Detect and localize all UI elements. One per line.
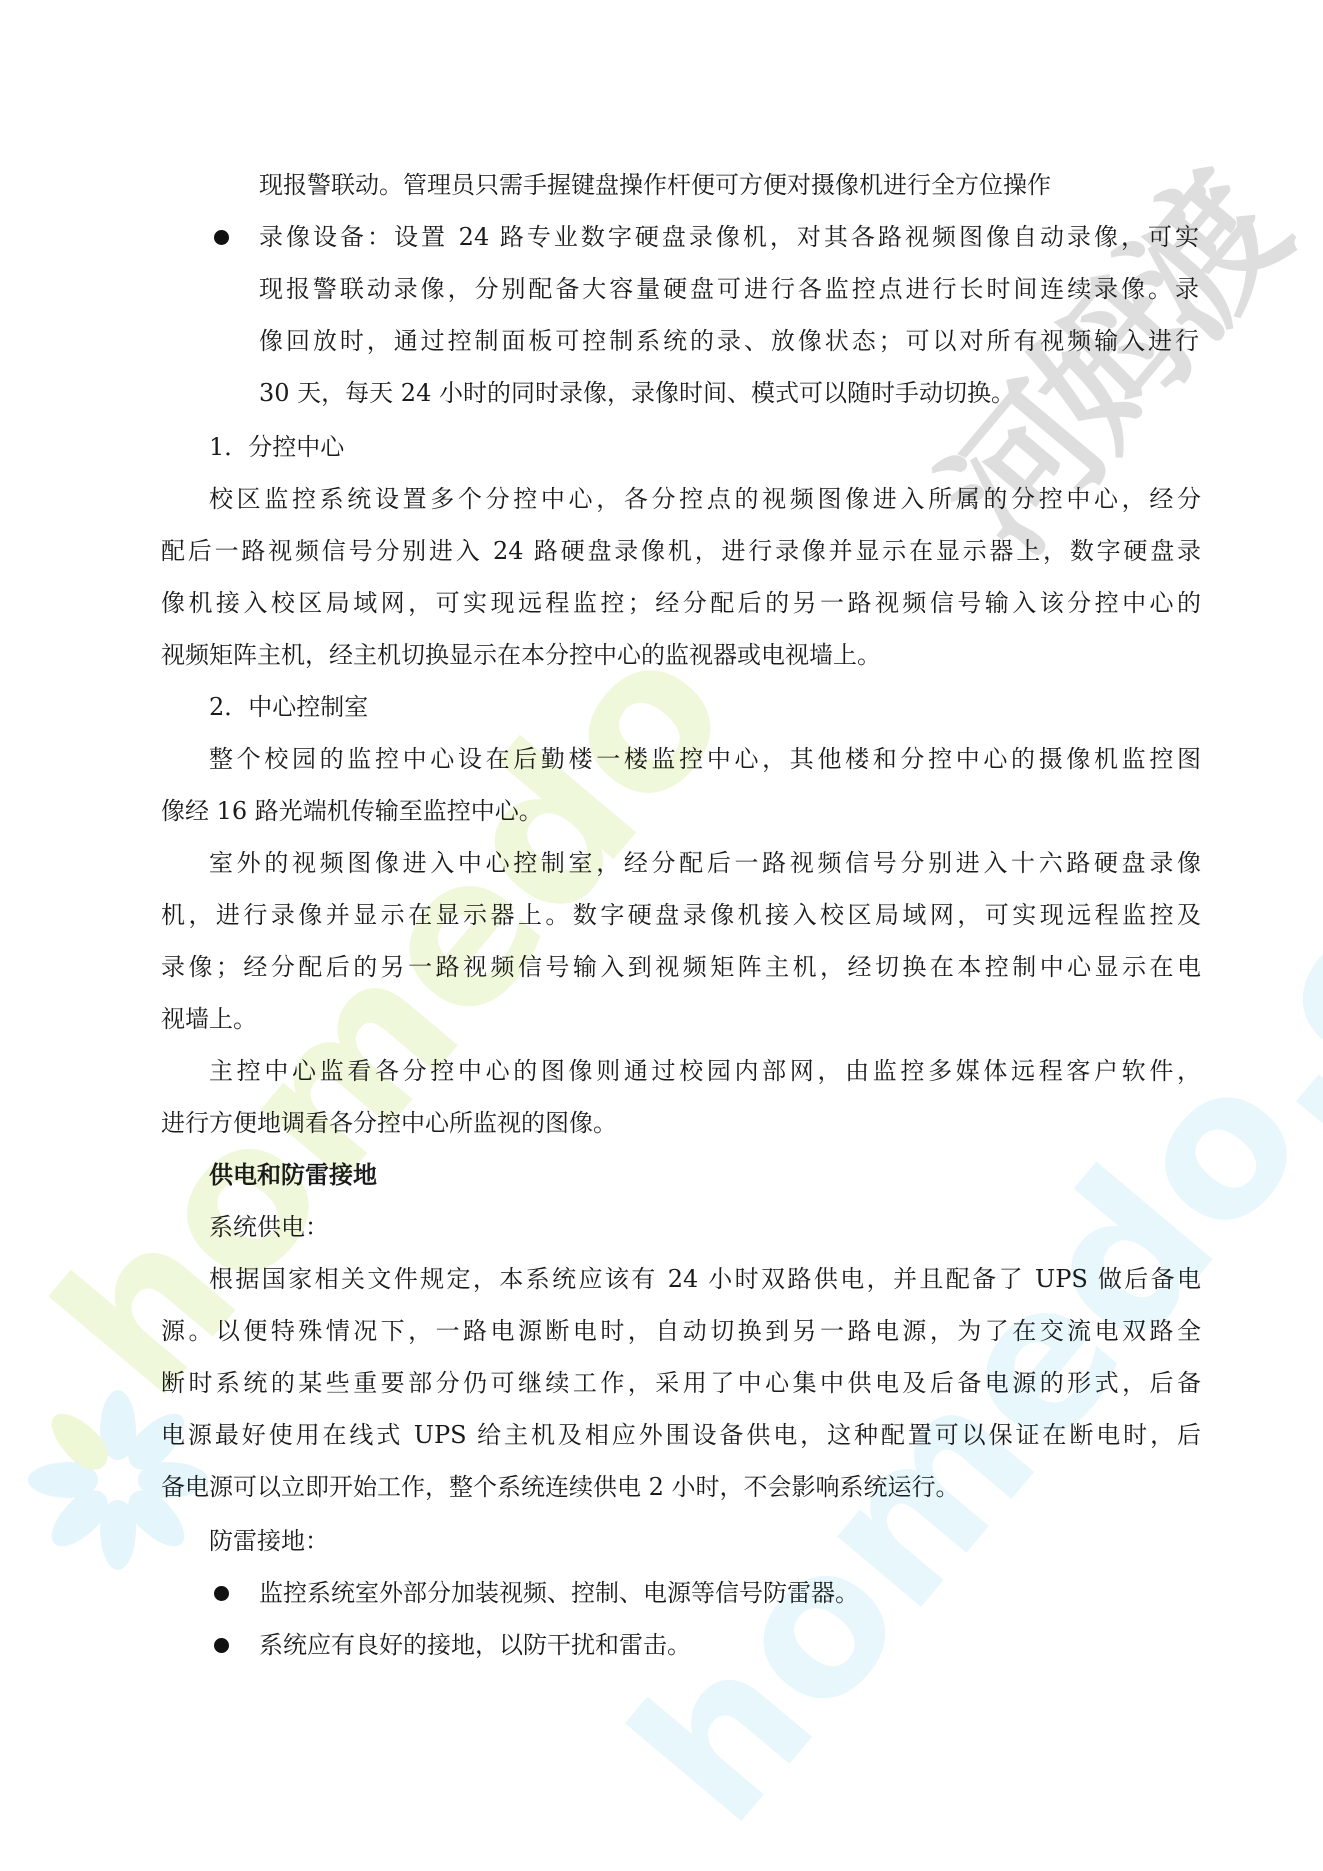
bullet-recording-line: 录像设备：设置 24 路专业数字硬盘录像机，对其各路视频图像自动录像，可实 [259,222,1199,252]
paragraph-line: 根据国家相关文件规定，本系统应该有 24 小时双路供电，并且配备了 UPS 做后… [209,1264,1201,1294]
paragraph-line: 像经 16 路光端机传输至监控中心。 [161,796,543,826]
paragraph-line: 备电源可以立即开始工作，整个系统连续供电 2 小时，不会影响系统运行。 [161,1472,960,1502]
paragraph-line: 视频矩阵主机，经主机切换显示在本分控中心的监视器或电视墙上。 [161,640,881,670]
paragraph-line: 整个校园的监控中心设在后勤楼一楼监控中心，其他楼和分控中心的摄像机监控图 [209,744,1201,774]
paragraph-line: 主控中心监看各分控中心的图像则通过校园内部网，由监控多媒体远程客户软件， [209,1056,1201,1086]
paragraph-line: 室外的视频图像进入中心控制室，经分配后一路视频信号分别进入十六路硬盘录像 [209,848,1201,878]
paragraph-line: 校区监控系统设置多个分控中心，各分控点的视频图像进入所属的分控中心，经分 [209,484,1201,514]
bullet-icon [214,230,229,245]
paragraph-line: 源。以便特殊情况下，一路电源断电时，自动切换到另一路电源，为了在交流电双路全 [161,1316,1201,1346]
paragraph-line: 视墙上。 [161,1004,257,1034]
paragraph-line: 录像；经分配后的另一路视频信号输入到视频矩阵主机，经切换在本控制中心显示在电 [161,952,1201,982]
paragraph-line: 机，进行录像并显示在显示器上。数字硬盘录像机接入校区局域网，可实现远程监控及 [161,900,1201,930]
bullet-icon [214,1586,229,1601]
watermark-homedo-green: homedo [12,595,772,1438]
continued-text-line: 现报警联动。管理员只需手握键盘操作杆便可方便对摄像机进行全方位操作 [259,170,1051,200]
section-heading-power-lightning: 供电和防雷接地 [209,1160,377,1190]
paragraph-line: 进行方便地调看各分控中心所监视的图像。 [161,1108,617,1138]
paragraph-line: 配后一路视频信号分别进入 24 路硬盘录像机，进行录像并显示在显示器上，数字硬盘… [161,536,1201,566]
section-heading-control-room: 2．中心控制室 [209,692,368,722]
bullet-recording-line: 30 天，每天 24 小时的同时录像，录像时间、模式可以随时手动切换。 [259,378,1015,408]
subheading-lightning-grounding: 防雷接地： [209,1526,329,1556]
paragraph-line: 断时系统的某些重要部分仍可继续工作，采用了中心集中供电及后备电源的形式，后备 [161,1368,1201,1398]
subheading-power-supply: 系统供电： [209,1212,329,1242]
bullet-icon [214,1638,229,1653]
lightning-bullet-item: 系统应有良好的接地，以防干扰和雷击。 [259,1630,691,1660]
watermark-homedo-blue: homedo.com [589,608,1323,1865]
bullet-recording-line: 现报警联动录像，分别配备大容量硬盘可进行各监控点进行长时间连续录像。录 [259,274,1199,304]
section-heading-branch-center: 1．分控中心 [209,432,344,462]
bullet-recording-line: 像回放时，通过控制面板可控制系统的录、放像状态；可以对所有视频输入进行 [259,326,1199,356]
paragraph-line: 电源最好使用在线式 UPS 给主机及相应外围设备供电，这种配置可以保证在断电时，… [161,1420,1201,1450]
paragraph-line: 像机接入校区局域网，可实现远程监控；经分配后的另一路视频信号输入该分控中心的 [161,588,1201,618]
lightning-bullet-item: 监控系统室外部分加装视频、控制、电源等信号防雷器。 [259,1578,859,1608]
